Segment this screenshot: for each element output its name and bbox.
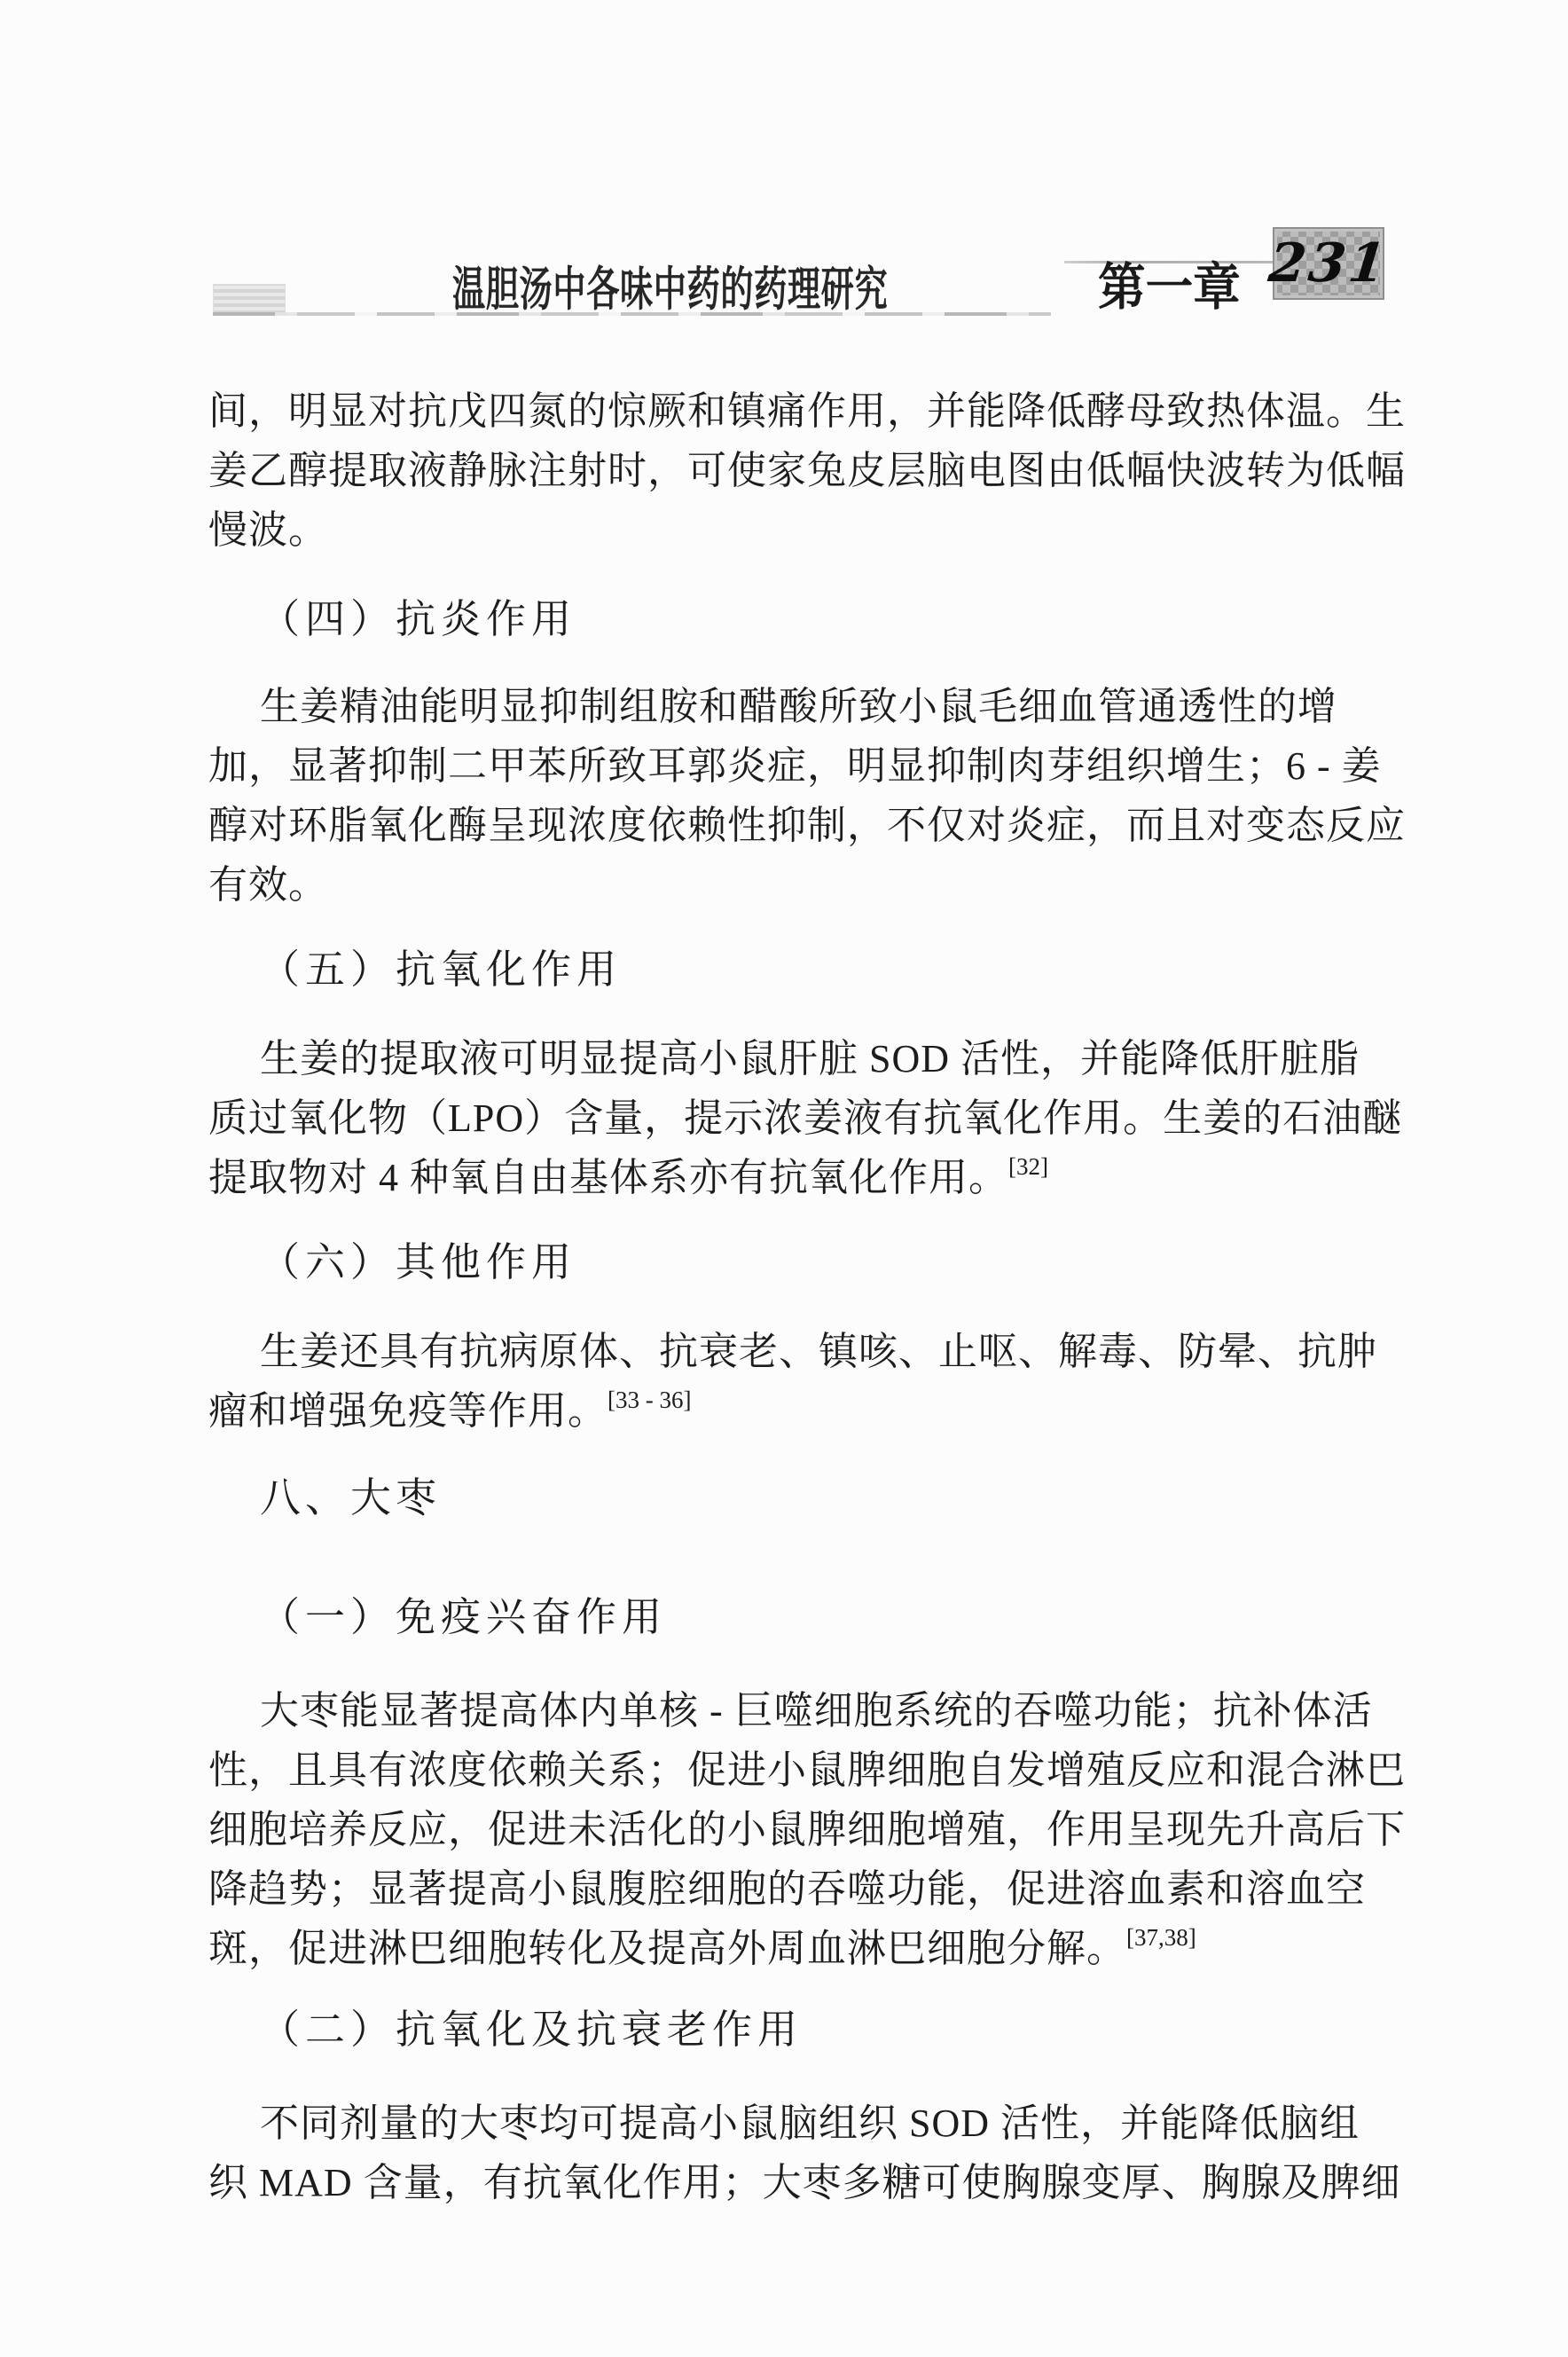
paragraph-line: 生姜的提取液可明显提高小鼠肝脏 SOD 活性，并能降低肝脏脂 <box>208 1029 1388 1088</box>
paragraph-antioxidant-antiaging: 不同剂量的大枣均可提高小鼠脑组织 SOD 活性，并能降低脑组 织 MAD 含量，… <box>208 2094 1388 2212</box>
page-content: 间，明显对抗戊四氮的惊厥和镇痛作用，并能降低酵母致热体温。生 姜乙醇提取液静脉注… <box>208 381 1388 2212</box>
paragraph-line-text: 提取物对 4 种氧自由基体系亦有抗氧化作用。 <box>208 1156 1008 1199</box>
paragraph-line: 提取物对 4 种氧自由基体系亦有抗氧化作用。[32] <box>208 1148 1388 1207</box>
paragraph-other-effects: 生姜还具有抗病原体、抗衰老、镇咳、止呕、解毒、防晕、抗肿 瘤和增强免疫等作用。[… <box>208 1322 1388 1441</box>
paragraph-immune-stimulation: 大枣能显著提高体内单核 - 巨噬细胞系统的吞噬功能；抗补体活 性，且具有浓度依赖… <box>208 1681 1388 1978</box>
paragraph-line: 醇对环脂氧化酶呈现浓度依赖性抑制，不仅对炎症，而且对变态反应 <box>208 796 1388 855</box>
scan-smudge-artifact <box>213 284 286 315</box>
paragraph-line: 有效。 <box>208 855 1388 915</box>
paragraph-line: 织 MAD 含量，有抗氧化作用；大枣多糖可使胸腺变厚、胸腺及脾细 <box>208 2153 1388 2212</box>
heading-anti-inflammatory: （四）抗炎作用 <box>260 590 1388 649</box>
citation-ref: [33 - 36] <box>608 1387 691 1413</box>
paragraph-line: 生姜还具有抗病原体、抗衰老、镇咳、止呕、解毒、防晕、抗肿 <box>208 1322 1388 1381</box>
paragraph-antioxidant: 生姜的提取液可明显提高小鼠肝脏 SOD 活性，并能降低肝脏脂 质过氧化物（LPO… <box>208 1029 1388 1207</box>
scanned-book-page: 温胆汤中各味中药的药理研究 第一章 231 间，明显对抗戊四氮的惊厥和镇痛作用，… <box>0 0 1568 2357</box>
paragraph-line-text: 斑，促进淋巴细胞转化及提高外周血淋巴细胞分解。 <box>208 1927 1126 1970</box>
paragraph-line: 生姜精油能明显抑制组胺和醋酸所致小鼠毛细血管通透性的增 <box>208 677 1388 736</box>
paragraph-line: 降趋势；显著提高小鼠腹腔细胞的吞噬功能，促进溶血素和溶血空 <box>208 1859 1388 1919</box>
page-number: 231 <box>1266 237 1392 290</box>
paragraph-line: 质过氧化物（LPO）含量，提示浓姜液有抗氧化作用。生姜的石油醚 <box>208 1088 1388 1148</box>
paragraph-line: 斑，促进淋巴细胞转化及提高外周血淋巴细胞分解。[37,38] <box>208 1919 1388 1978</box>
paragraph-line: 慢波。 <box>208 500 1388 560</box>
citation-ref: [37,38] <box>1126 1924 1196 1951</box>
chapter-label: 第一章 <box>1098 263 1241 313</box>
heading-antioxidant-antiaging: （二）抗氧化及抗衰老作用 <box>260 2000 1388 2060</box>
page-number-badge: 231 <box>1273 227 1384 300</box>
heading-antioxidant: （五）抗氧化作用 <box>260 940 1388 1000</box>
paragraph-carryover: 间，明显对抗戊四氮的惊厥和镇痛作用，并能降低酵母致热体温。生 姜乙醇提取液静脉注… <box>208 381 1388 560</box>
running-title: 温胆汤中各味中药的药理研究 <box>452 266 888 313</box>
paragraph-line: 性，且具有浓度依赖关系；促进小鼠脾细胞自发增殖反应和混合淋巴 <box>208 1740 1388 1800</box>
heading-other-effects: （六）其他作用 <box>260 1233 1388 1292</box>
paragraph-line: 加，显著抑制二甲苯所致耳郭炎症，明显抑制肉芽组织增生；6 - 姜 <box>208 736 1388 796</box>
paragraph-line: 大枣能显著提高体内单核 - 巨噬细胞系统的吞噬功能；抗补体活 <box>208 1681 1388 1740</box>
citation-ref: [32] <box>1008 1153 1048 1180</box>
paragraph-line-text: 瘤和增强免疫等作用。 <box>208 1389 608 1433</box>
paragraph-anti-inflammatory: 生姜精油能明显抑制组胺和醋酸所致小鼠毛细血管通透性的增 加，显著抑制二甲苯所致耳… <box>208 677 1388 915</box>
section-title-jujube: 八、大枣 <box>260 1468 1388 1528</box>
heading-immune-stimulation: （一）免疫兴奋作用 <box>260 1588 1388 1647</box>
paragraph-line: 瘤和增强免疫等作用。[33 - 36] <box>208 1381 1388 1441</box>
paragraph-line: 不同剂量的大枣均可提高小鼠脑组织 SOD 活性，并能降低脑组 <box>208 2094 1388 2153</box>
paragraph-line: 间，明显对抗戊四氮的惊厥和镇痛作用，并能降低酵母致热体温。生 <box>208 381 1388 441</box>
paragraph-line: 姜乙醇提取液静脉注射时，可使家兔皮层脑电图由低幅快波转为低幅 <box>208 441 1388 500</box>
paragraph-line: 细胞培养反应，促进未活化的小鼠脾细胞增殖，作用呈现先升高后下 <box>208 1800 1388 1859</box>
